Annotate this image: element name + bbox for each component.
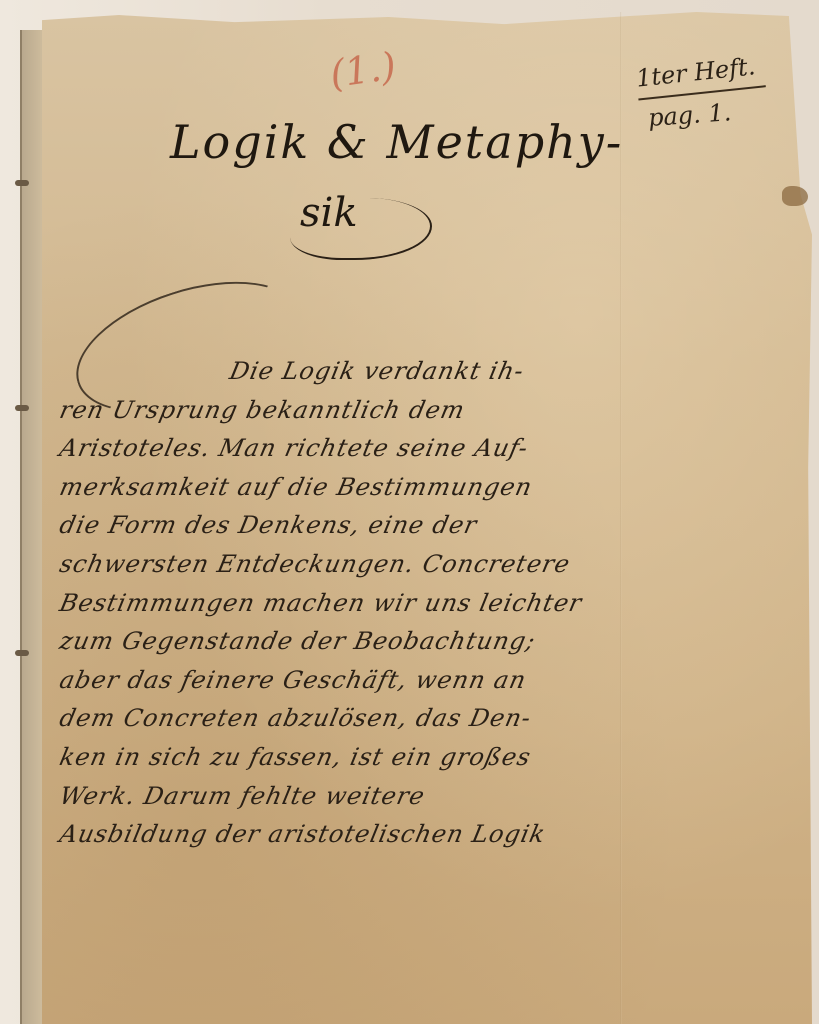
text-line: zum Gegenstande der Beobachtung;	[56, 622, 664, 661]
text-line: Aristoteles. Man richtete seine Auf-	[56, 429, 664, 468]
text-line: Werk. Darum fehlte weitere	[56, 777, 664, 816]
text-line: Bestimmungen machen wir uns leichter	[56, 584, 664, 623]
volume-page-note: 1ter Heft. pag. 1.	[636, 52, 764, 134]
text-line: ken in sich zu fassen, ist ein großes	[56, 738, 664, 777]
text-line: Die Logik verdankt ih-	[56, 352, 664, 391]
text-line: merksamkeit auf die Bestimmungen	[56, 468, 664, 507]
page-label: pag. 1.	[647, 90, 765, 138]
binding-thread	[15, 180, 29, 186]
text-line: aber das feinere Geschäft, wenn an	[56, 661, 664, 700]
text-line: schwersten Entdeckungen. Concretere	[56, 545, 664, 584]
binding-thread	[15, 650, 29, 656]
paper-tear	[782, 186, 808, 206]
text-line: die Form des Denkens, eine der	[56, 506, 664, 545]
red-page-number: (1.)	[327, 44, 398, 97]
title-line-2: sik	[300, 190, 358, 236]
body-text: Die Logik verdankt ih- ren Ursprung beka…	[60, 352, 660, 854]
text-line: ren Ursprung bekanntlich dem	[56, 391, 664, 430]
binding-thread	[15, 405, 29, 411]
text-line: dem Concreten abzulösen, das Den-	[56, 699, 664, 738]
title-line-1: Logik & Metaphy-	[170, 115, 623, 169]
text-line: Ausbildung der aristotelischen Logik	[56, 815, 664, 854]
